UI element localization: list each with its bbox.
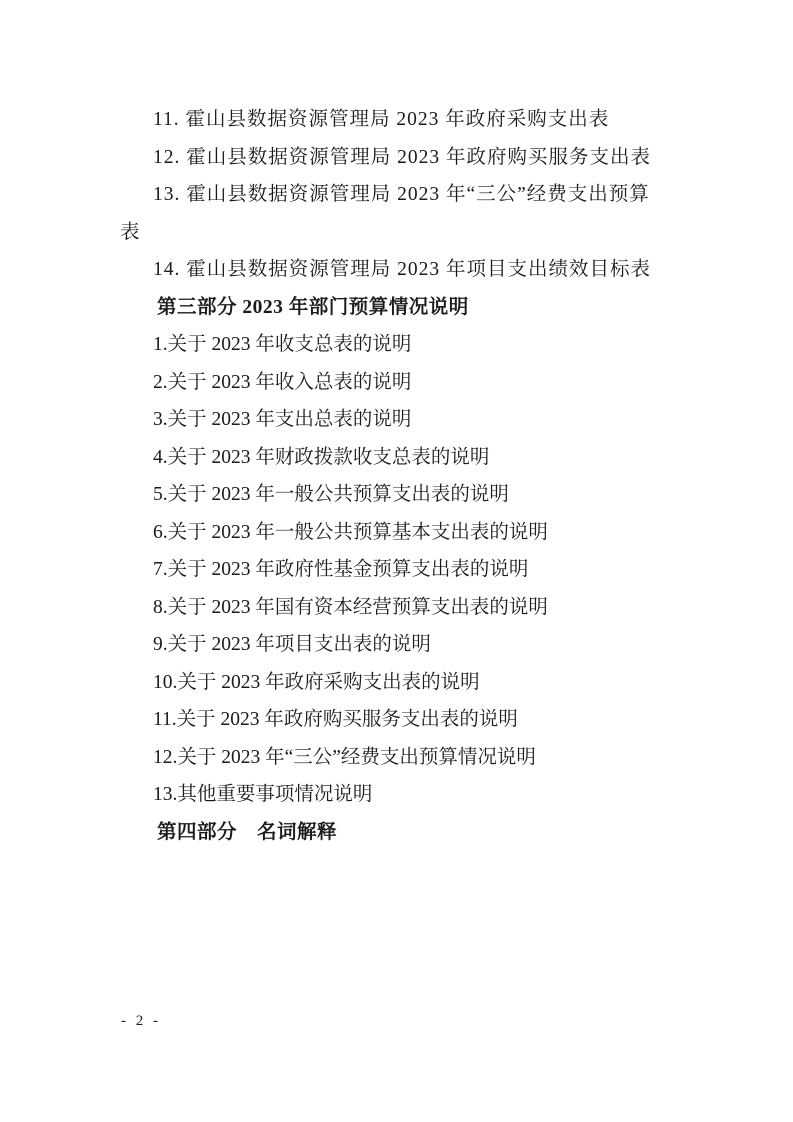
toc-part3-item-10: 10.关于 2023 年政府采购支出表的说明 xyxy=(120,664,680,702)
part3-heading: 第三部分 2023 年部门预算情况说明 xyxy=(120,289,680,327)
toc-part3-item-6: 6.关于 2023 年一般公共预算基本支出表的说明 xyxy=(120,514,680,552)
toc-part3-item-9: 9.关于 2023 年项目支出表的说明 xyxy=(120,626,680,664)
toc-part3-item-4: 4.关于 2023 年财政拨款收支总表的说明 xyxy=(120,439,680,477)
document-page: 11. 霍山县数据资源管理局 2023 年政府采购支出表 12. 霍山县数据资源… xyxy=(0,0,793,1122)
toc-part3-item-2: 2.关于 2023 年收入总表的说明 xyxy=(120,364,680,402)
toc-part3-item-11: 11.关于 2023 年政府购买服务支出表的说明 xyxy=(120,701,680,739)
toc-part3-item-13: 13.其他重要事项情况说明 xyxy=(120,776,680,814)
toc-part2-item-12: 12. 霍山县数据资源管理局 2023 年政府购买服务支出表 xyxy=(120,139,680,177)
toc-part2-item-13: 13. 霍山县数据资源管理局 2023 年“三公”经费支出预算 xyxy=(120,176,680,214)
toc-part3-item-8: 8.关于 2023 年国有资本经营预算支出表的说明 xyxy=(120,589,680,627)
toc-part3-item-7: 7.关于 2023 年政府性基金预算支出表的说明 xyxy=(120,551,680,589)
part4-heading: 第四部分 名词解释 xyxy=(120,814,680,852)
toc: 11. 霍山县数据资源管理局 2023 年政府采购支出表 12. 霍山县数据资源… xyxy=(120,101,680,851)
toc-part3-item-12: 12.关于 2023 年“三公”经费支出预算情况说明 xyxy=(120,739,680,777)
toc-part3-item-1: 1.关于 2023 年收支总表的说明 xyxy=(120,326,680,364)
toc-part2-item-11: 11. 霍山县数据资源管理局 2023 年政府采购支出表 xyxy=(120,101,680,139)
toc-part3-item-3: 3.关于 2023 年支出总表的说明 xyxy=(120,401,680,439)
toc-part2-item-13-continuation: 表 xyxy=(120,214,680,252)
toc-part2-item-14: 14. 霍山县数据资源管理局 2023 年项目支出绩效目标表 xyxy=(120,251,680,289)
page-number: - 2 - xyxy=(121,1013,161,1030)
toc-part3-item-5: 5.关于 2023 年一般公共预算支出表的说明 xyxy=(120,476,680,514)
